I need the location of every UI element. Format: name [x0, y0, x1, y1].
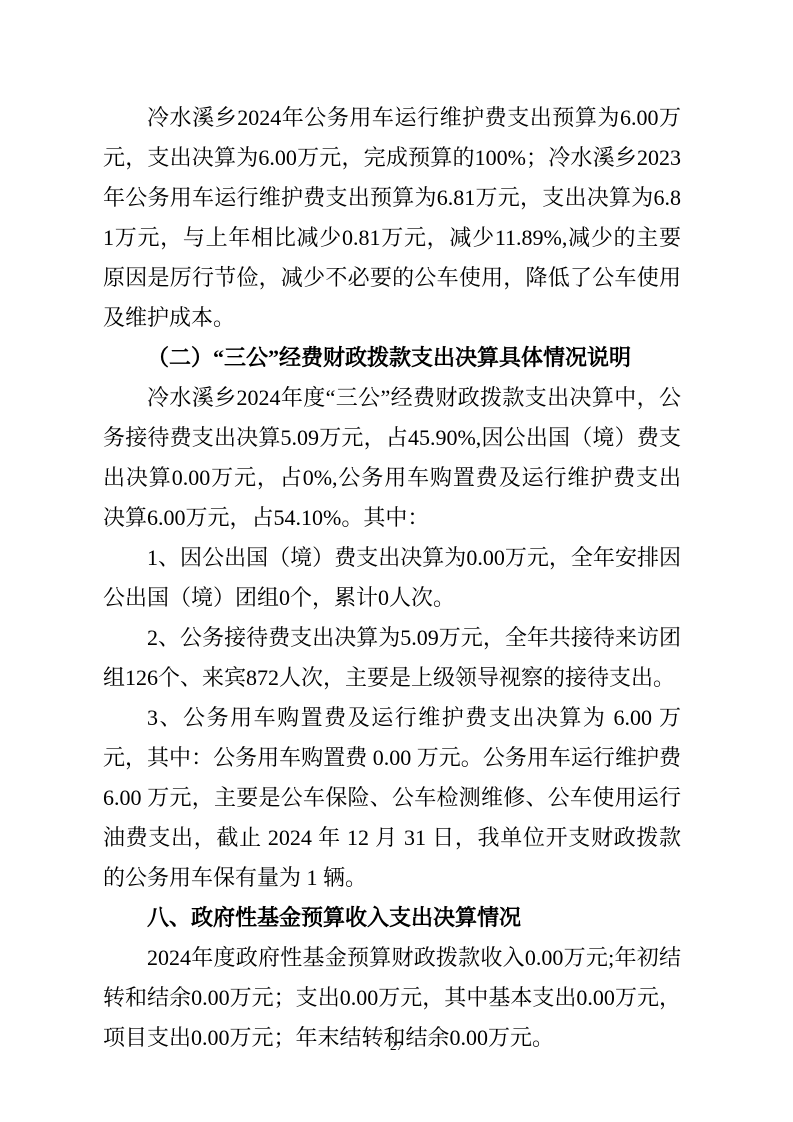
heading-gov-fund-budget: 八、政府性基金预算收入支出决算情况 — [103, 898, 681, 938]
para-sangong-breakdown: 冷水溪乡2024年度“三公”经费财政拨款支出决算中，公务接待费支出决算5.09万… — [103, 378, 681, 538]
document-body: 冷水溪乡2024年公务用车运行维护费支出预算为6.00万元，支出决算为6.00万… — [103, 98, 681, 1058]
heading-sangong-expense-detail: （二）“三公”经费财政拨款支出决算具体情况说明 — [103, 338, 681, 378]
para-item-overseas-trips: 1、因公出国（境）费支出决算为0.00万元，全年安排因公出国（境）团组0个，累计… — [103, 538, 681, 618]
para-item-vehicle-purchase-maintenance: 3、公务用车购置费及运行维护费支出决算为 6.00 万元，其中：公务用车购置费 … — [103, 698, 681, 898]
para-vehicle-maintenance-comparison: 冷水溪乡2024年公务用车运行维护费支出预算为6.00万元，支出决算为6.00万… — [103, 98, 681, 338]
para-item-official-reception: 2、公务接待费支出决算为5.09万元，全年共接待来访团组126个、来宾872人次… — [103, 618, 681, 698]
page-number: 27 — [0, 1038, 793, 1054]
document-page: 冷水溪乡2024年公务用车运行维护费支出预算为6.00万元，支出决算为6.00万… — [0, 0, 793, 1122]
